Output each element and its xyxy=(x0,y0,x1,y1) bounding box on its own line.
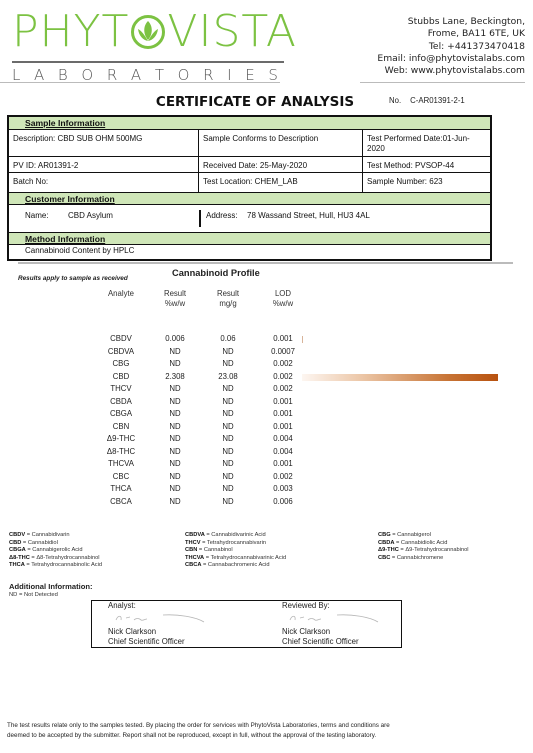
certificate-number-value: C-AR01391-2-1 xyxy=(410,96,465,105)
result-pct-cell: ND xyxy=(153,384,197,393)
analyte-cell: CBN xyxy=(96,422,146,431)
glossary-entry: CBG = Cannabigerol xyxy=(378,532,469,540)
signature-icon xyxy=(282,612,392,624)
glossary-entry: CBCA = Cannabachromenic Acid xyxy=(185,562,286,570)
address-email: Email: info@phytovistalabs.com xyxy=(377,53,525,65)
glossary-abbr: CBDV xyxy=(9,532,25,538)
logo-text-left: PHYT xyxy=(12,6,129,57)
glossary-full: Cannabachromenic Acid xyxy=(208,562,270,568)
address-line-1: Stubbs Lane, Beckington, xyxy=(377,16,525,28)
analyte-cell: CBDA xyxy=(96,397,146,406)
glossary-abbr: CBDVA xyxy=(185,532,205,538)
customer-name-value: CBD Asylum xyxy=(68,211,113,220)
glossary-full: Cannabidiolic Acid xyxy=(401,540,447,546)
analyte-cell: CBDVA xyxy=(96,347,146,356)
profile-title: Cannabinoid Profile xyxy=(172,268,260,278)
header-lod: LOD%w/w xyxy=(263,289,303,308)
sample-information-grid: Description: CBD SUB OHM 500MG Sample Co… xyxy=(9,130,490,192)
result-pct-cell: ND xyxy=(153,409,197,418)
header-rule-left xyxy=(0,82,280,83)
result-mg-cell: ND xyxy=(206,397,250,406)
logo-text-right: VISTA xyxy=(167,6,297,57)
description-field: Description: CBD SUB OHM 500MG xyxy=(9,130,199,157)
analyte-cell: THCA xyxy=(96,484,146,493)
analyte-cell: Δ9-THC xyxy=(96,434,146,443)
glossary-entry: THCV = Tetrahydrocannabivarin xyxy=(185,540,286,548)
header-unit: %w/w xyxy=(153,299,197,309)
header-result-mg: Resultmg/g xyxy=(206,289,250,308)
customer-row: Name: CBD Asylum Address: 78 Wassand Str… xyxy=(9,205,490,232)
glossary-column-3: CBG = CannabigerolCBDA = Cannabidiolic A… xyxy=(378,532,469,562)
result-mg-cell: ND xyxy=(206,459,250,468)
reviewer-title: Chief Scientific Officer xyxy=(282,637,392,647)
glossary-full: Δ8-Tetrahydrocannabinol xyxy=(36,555,99,561)
header-rule-right xyxy=(360,82,525,83)
result-pct-cell: ND xyxy=(153,447,197,456)
glossary-full: Cannabinol xyxy=(204,547,233,553)
lod-cell: 0.002 xyxy=(263,472,303,481)
analyst-signature: Analyst: Nick Clarkson Chief Scientific … xyxy=(108,601,218,647)
result-mg-cell: ND xyxy=(206,347,250,356)
address-line-2: Frome, BA11 6TE, UK xyxy=(377,28,525,40)
footer-line-2: deemed to be accepted by the submitter. … xyxy=(7,731,527,741)
result-bar-track xyxy=(302,374,498,381)
lod-cell: 0.002 xyxy=(263,384,303,393)
analyst-name: Nick Clarkson xyxy=(108,627,218,637)
header-analyte: Analyte xyxy=(96,289,146,299)
reviewer-name: Nick Clarkson xyxy=(282,627,392,637)
table-row: CBCANDND0.006 xyxy=(0,497,533,510)
certificate-number: No.C-AR01391-2-1 xyxy=(389,96,465,105)
glossary-full: Cannabidivarinic Acid xyxy=(211,532,265,538)
result-mg-cell: ND xyxy=(206,359,250,368)
leaf-circle-icon xyxy=(130,14,166,50)
result-pct-cell: ND xyxy=(153,359,197,368)
glossary-abbr: CBDA xyxy=(378,540,394,546)
sample-number-field: Sample Number: 623 xyxy=(363,173,490,192)
table-row: CBNNDND0.001 xyxy=(0,422,533,435)
result-pct-cell: ND xyxy=(153,397,197,406)
header-analyte-text: Analyte xyxy=(108,289,134,298)
section-heading: Sample Information xyxy=(9,117,490,130)
glossary-entry: THCVA = Tetrahydrocannabivarinic Acid xyxy=(185,555,286,563)
reviewer-signature: Reviewed By: Nick Clarkson Chief Scienti… xyxy=(282,601,392,647)
analyte-cell: CBDV xyxy=(96,334,146,343)
table-row: Δ9-THCNDND0.004 xyxy=(0,434,533,447)
logo-wordmark: PHYTVISTA xyxy=(12,8,297,56)
glossary-abbr: Δ8-THC xyxy=(9,555,30,561)
lod-cell: 0.002 xyxy=(263,372,303,381)
company-logo: PHYTVISTA LABORATORIES xyxy=(12,8,284,86)
lod-cell: 0.0007 xyxy=(263,347,303,356)
lod-cell: 0.001 xyxy=(263,459,303,468)
table-row: THCVNDND0.002 xyxy=(0,384,533,397)
glossary-abbr: THCVA xyxy=(185,555,204,561)
lod-cell: 0.001 xyxy=(263,409,303,418)
result-mg-cell: ND xyxy=(206,497,250,506)
glossary-full: Tetrahydrocannabivarinic Acid xyxy=(211,555,287,561)
analyte-cell: THCV xyxy=(96,384,146,393)
header-unit: %w/w xyxy=(263,299,303,309)
additional-info-text: ND = Not Detected xyxy=(9,592,58,598)
table-row: CBDANDND0.001 xyxy=(0,397,533,410)
glossary-full: Tetrahydrocannabinolic Acid xyxy=(31,562,102,568)
result-mg-cell: ND xyxy=(206,409,250,418)
glossary-abbr: CBN xyxy=(185,547,197,553)
analyte-cell: CBC xyxy=(96,472,146,481)
result-mg-cell: ND xyxy=(206,422,250,431)
analyte-cell: CBD xyxy=(96,372,146,381)
lod-cell: 0.006 xyxy=(263,497,303,506)
test-method-field: Test Method: PVSOP-44 xyxy=(363,157,490,173)
result-pct-cell: ND xyxy=(153,459,197,468)
section-divider xyxy=(18,262,513,264)
result-mg-cell: ND xyxy=(206,484,250,493)
header-unit: mg/g xyxy=(206,299,250,309)
address-tel: Tel: +441373470418 xyxy=(377,41,525,53)
glossary-abbr: CBGA xyxy=(9,547,26,553)
result-mg-cell: ND xyxy=(206,384,250,393)
glossary-abbr: THCV xyxy=(185,540,200,546)
result-mg-cell: ND xyxy=(206,447,250,456)
table-row: THCANDND0.003 xyxy=(0,484,533,497)
analyte-cell: CBG xyxy=(96,359,146,368)
glossary-entry: CBD = Cannabidiol xyxy=(9,540,102,548)
conforms-field: Sample Conforms to Description xyxy=(199,130,363,157)
certificate-number-label: No. xyxy=(389,96,401,105)
glossary-abbr: CBD xyxy=(9,540,21,546)
glossary-abbr: CBCA xyxy=(185,562,201,568)
header-text: Result xyxy=(153,289,197,299)
signature-box: Analyst: Nick Clarkson Chief Scientific … xyxy=(91,600,402,648)
reviewer-label: Reviewed By: xyxy=(282,601,392,611)
glossary-abbr: CBC xyxy=(378,555,390,561)
table-row: CBGNDND0.002 xyxy=(0,359,533,372)
customer-address-label: Address: xyxy=(206,211,238,220)
lod-cell: 0.004 xyxy=(263,447,303,456)
footer-line-1: The test results relate only to the samp… xyxy=(7,721,527,731)
header-text: Result xyxy=(206,289,250,299)
glossary-full: Cannabidivarin xyxy=(32,532,70,538)
glossary-abbr: Δ9-THC xyxy=(378,547,399,553)
sample-information-section: Sample Information Description: CBD SUB … xyxy=(7,115,492,194)
table-row: CBDVANDND0.0007 xyxy=(0,347,533,360)
glossary-entry: CBDA = Cannabidiolic Acid xyxy=(378,540,469,548)
glossary-entry: CBC = Cannabichromene xyxy=(378,555,469,563)
customer-information-section: Customer Information Name: CBD Asylum Ad… xyxy=(7,192,492,261)
result-pct-cell: ND xyxy=(153,484,197,493)
glossary-full: Δ9-Tetrahydrocannabinol xyxy=(405,547,468,553)
glossary-column-2: CBDVA = Cannabidivarinic AcidTHCV = Tetr… xyxy=(185,532,286,570)
address-web: Web: www.phytovistalabs.com xyxy=(377,65,525,77)
lod-cell: 0.001 xyxy=(263,397,303,406)
lod-cell: 0.004 xyxy=(263,434,303,443)
glossary-entry: Δ9-THC = Δ9-Tetrahydrocannabinol xyxy=(378,547,469,555)
glossary-entry: CBGA = Cannabigerolic Acid xyxy=(9,547,102,555)
received-date-field: Received Date: 25-May-2020 xyxy=(199,157,363,173)
glossary-entry: CBN = Cannabinol xyxy=(185,547,286,555)
result-mg-cell: ND xyxy=(206,434,250,443)
analyte-cell: CBCA xyxy=(96,497,146,506)
table-row: CBCNDND0.002 xyxy=(0,472,533,485)
results-note: Results apply to sample as received xyxy=(18,275,128,282)
section-heading: Method Information xyxy=(9,232,490,245)
result-pct-cell: ND xyxy=(153,422,197,431)
glossary-full: Cannabigerol xyxy=(397,532,431,538)
glossary-full: Cannabigerolic Acid xyxy=(32,547,82,553)
section-heading: Customer Information xyxy=(9,192,490,205)
glossary-entry: THCA = Tetrahydrocannabinolic Acid xyxy=(9,562,102,570)
result-bar-track xyxy=(302,336,498,343)
result-pct-cell: 2.308 xyxy=(153,372,197,381)
company-address: Stubbs Lane, Beckington, Frome, BA11 6TE… xyxy=(377,16,525,77)
logo-divider xyxy=(12,61,284,63)
method-description: Cannabinoid Content by HPLC xyxy=(9,245,490,259)
footer-disclaimer: The test results relate only to the samp… xyxy=(7,721,527,741)
glossary-entry: CBDV = Cannabidivarin xyxy=(9,532,102,540)
additional-info-title: Additional Information: xyxy=(9,582,93,591)
glossary-entry: CBDVA = Cannabidivarinic Acid xyxy=(185,532,286,540)
table-row: CBDV0.0060.060.001 xyxy=(0,334,533,347)
glossary-abbr: THCA xyxy=(9,562,25,568)
glossary-column-1: CBDV = CannabidivarinCBD = CannabidiolCB… xyxy=(9,532,102,570)
result-pct-cell: ND xyxy=(153,472,197,481)
result-bar xyxy=(302,374,498,381)
lod-cell: 0.003 xyxy=(263,484,303,493)
customer-address-value: 78 Wassand Street, Hull, HU3 4AL xyxy=(247,211,370,220)
lod-cell: 0.001 xyxy=(263,422,303,431)
glossary-full: Cannabidiol xyxy=(28,540,58,546)
glossary-full: Cannabichromene xyxy=(397,555,443,561)
table-row: Δ8-THCNDND0.004 xyxy=(0,447,533,460)
test-performed-field: Test Performed Date:01-Jun-2020 xyxy=(363,130,490,157)
header-result-pct: Result%w/w xyxy=(153,289,197,308)
test-location-field: Test Location: CHEM_LAB xyxy=(199,173,363,192)
batch-field: Batch No: xyxy=(9,173,199,192)
header-text: LOD xyxy=(263,289,303,299)
result-pct-cell: 0.006 xyxy=(153,334,197,343)
result-mg-cell: 23.08 xyxy=(206,372,250,381)
glossary-full: Tetrahydrocannabivarin xyxy=(207,540,266,546)
analyte-cell: Δ8-THC xyxy=(96,447,146,456)
analyst-label: Analyst: xyxy=(108,601,218,611)
analyte-cell: CBGA xyxy=(96,409,146,418)
result-bar xyxy=(302,336,303,343)
glossary-abbr: CBG xyxy=(378,532,391,538)
lod-cell: 0.002 xyxy=(263,359,303,368)
result-pct-cell: ND xyxy=(153,497,197,506)
result-pct-cell: ND xyxy=(153,347,197,356)
table-row: THCVANDND0.001 xyxy=(0,459,533,472)
lod-cell: 0.001 xyxy=(263,334,303,343)
glossary-entry: Δ8-THC = Δ8-Tetrahydrocannabinol xyxy=(9,555,102,563)
table-row: CBD2.30823.080.002 xyxy=(0,372,533,385)
result-pct-cell: ND xyxy=(153,434,197,443)
column-divider xyxy=(199,210,201,227)
result-mg-cell: 0.06 xyxy=(206,334,250,343)
analyst-title: Chief Scientific Officer xyxy=(108,637,218,647)
signature-icon xyxy=(108,612,218,624)
analyte-cell: THCVA xyxy=(96,459,146,468)
pv-id-field: PV ID: AR01391-2 xyxy=(9,157,199,173)
customer-name-label: Name: xyxy=(25,211,49,220)
result-mg-cell: ND xyxy=(206,472,250,481)
table-row: CBGANDND0.001 xyxy=(0,409,533,422)
